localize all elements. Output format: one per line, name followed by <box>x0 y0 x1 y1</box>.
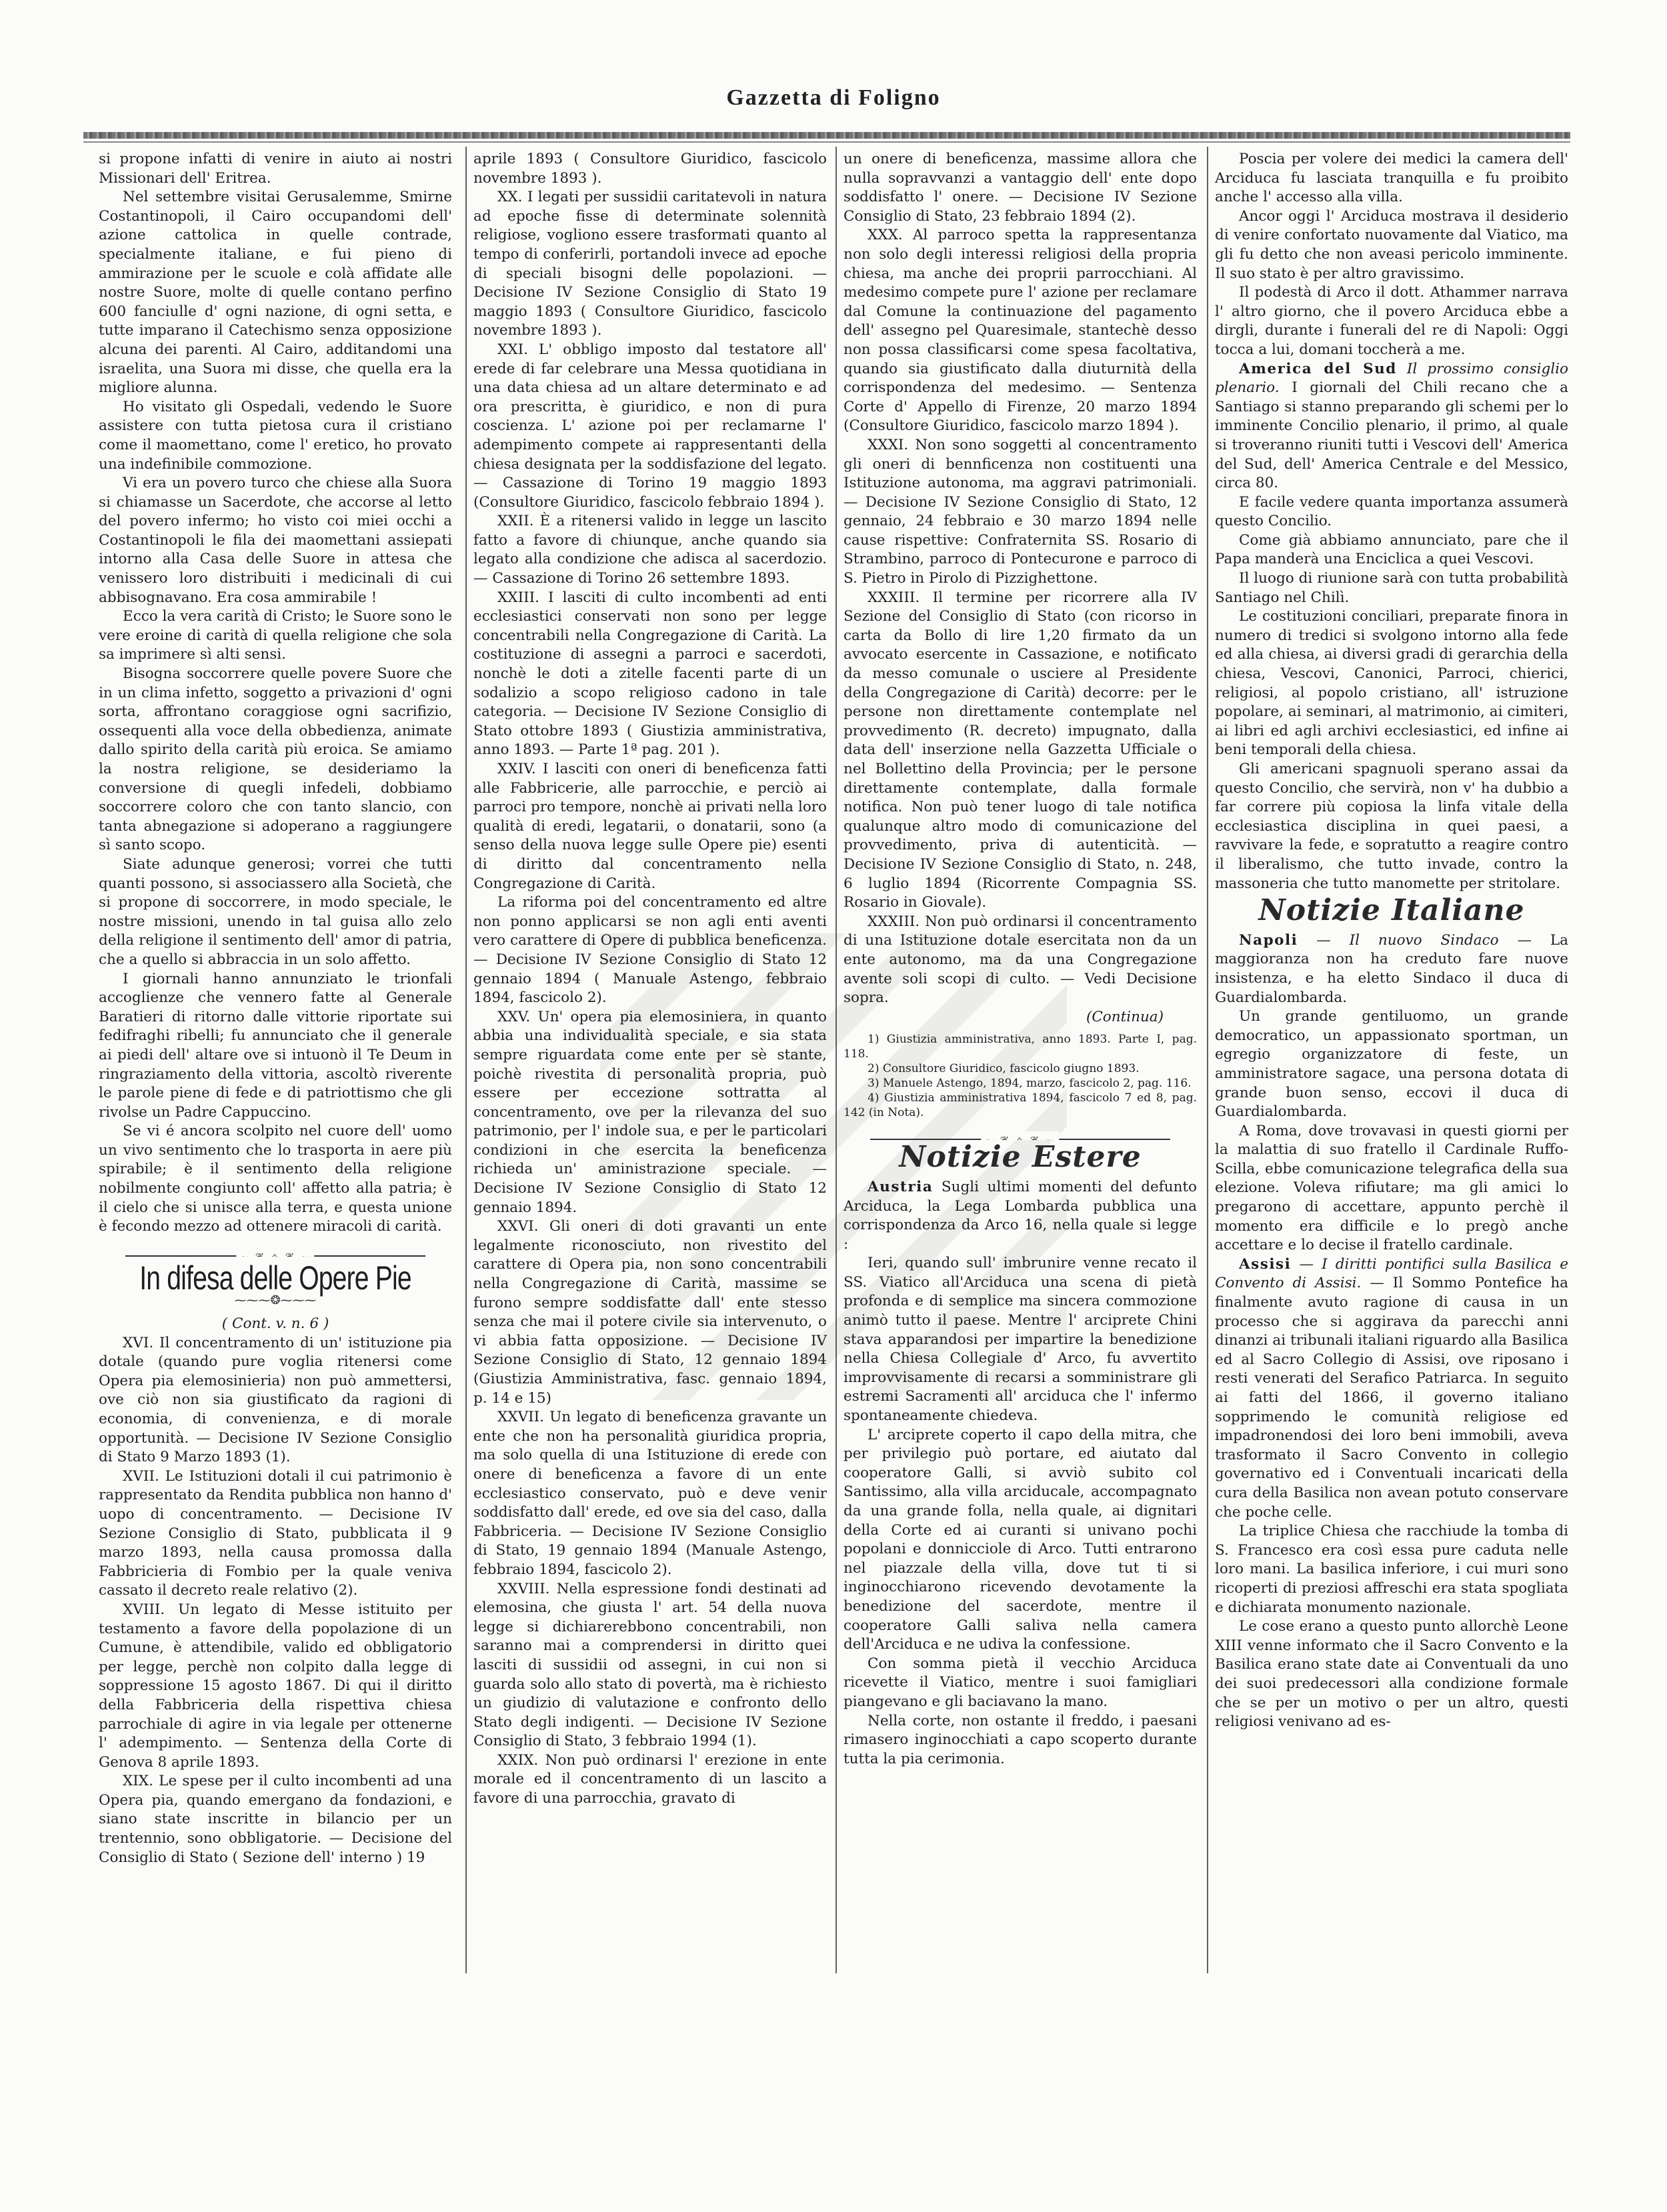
lead-assisi: Assisi <box>1239 1256 1291 1273</box>
paragraph: XVIII. Un legato di Messe istituito per … <box>99 1601 452 1772</box>
footnote: 1) Giustizia amministrativa, anno 1893. … <box>844 1032 1197 1061</box>
paragraph: La riforma poi del concentramento ed alt… <box>473 893 827 1008</box>
section-title-notizie-estere: Notizie Estere <box>844 1148 1197 1167</box>
paragraph: XXX. Al parroco spetta la rappresentanza… <box>844 226 1197 436</box>
paragraph: Come già abbiamo annunciato, pare che il… <box>1215 531 1568 569</box>
article-title: In difesa delle Opere Pie <box>137 1269 413 1288</box>
column-1: si propone infatti di venire in aiuto ai… <box>99 150 452 1867</box>
paragraph: La triplice Chiesa che racchiude la tomb… <box>1215 1522 1568 1617</box>
paragraph: XVII. Le Istituzioni dotali il cui patri… <box>99 1467 452 1601</box>
paragraph: Se vi é ancora scolpito nel cuore dell' … <box>99 1122 452 1237</box>
paragraph: E facile vedere quanta importanza assume… <box>1215 493 1568 531</box>
paragraph: XXXIII. Non può ordinarsi il concentrame… <box>844 913 1197 1008</box>
paragraph: Con somma pietà il vecchio Arciduca rice… <box>844 1655 1197 1712</box>
paragraph: XX. I legati per sussidii caritatevoli i… <box>473 188 827 341</box>
paragraph: XXVIII. Nella espressione fondi destinat… <box>473 1580 827 1751</box>
paragraph: XXII. È a ritenersi valido in legge un l… <box>473 512 827 588</box>
paragraph: XXIV. I lasciti con oneri di beneficenza… <box>473 760 827 893</box>
paragraph: Le cose erano a questo punto allorchè Le… <box>1215 1617 1568 1732</box>
paragraph: XVI. Il concentramento di un' istituzion… <box>99 1334 452 1467</box>
paragraph: A Roma, dove trovavasi in questi giorni … <box>1215 1122 1568 1255</box>
column-divider <box>1207 147 1208 1973</box>
paragraph: Il luogo di riunione sarà con tutta prob… <box>1215 569 1568 607</box>
paragraph: Assisi — I diritti pontifici sulla Basil… <box>1215 1255 1568 1522</box>
paragraph: XXVI. Gli oneri di doti gravanti un ente… <box>473 1217 827 1408</box>
paragraph: XXIX. Non può ordinarsi l' erezione in e… <box>473 1751 827 1809</box>
paragraph: XXXI. Non sono soggetti al concentrament… <box>844 436 1197 589</box>
column-3: un onere di beneficenza, massime allora … <box>844 150 1197 1769</box>
column-2: aprile 1893 ( Consultore Giuridico, fasc… <box>473 150 827 1809</box>
paragraph: L' arciprete coperto il capo della mitra… <box>844 1426 1197 1655</box>
column-divider <box>465 147 467 1973</box>
masthead-title: Gazzetta di Foligno <box>0 85 1667 111</box>
paragraph: XIX. Le spese per il culto incombenti ad… <box>99 1772 452 1867</box>
paragraph: Austria Sugli ultimi momenti del defunto… <box>844 1178 1197 1254</box>
paragraph: Il podestà di Arco il dott. Athammer nar… <box>1215 283 1568 359</box>
paragraph: Gli americani spagnuoli sperano assai da… <box>1215 760 1568 893</box>
paragraph: XXI. L' obbligo imposto dal testatore al… <box>473 341 827 512</box>
footnote: 3) Manuele Astengo, 1894, marzo, fascico… <box>844 1076 1197 1091</box>
masthead-rule <box>83 132 1570 139</box>
paragraph: Le costituzioni conciliari, preparate fi… <box>1215 607 1568 760</box>
paragraph: I giornali hanno annunziato le trionfali… <box>99 970 452 1123</box>
footnotes: 1) Giustizia amministrativa, anno 1893. … <box>844 1032 1197 1120</box>
paragraph: XXVII. Un legato di beneficenza gravante… <box>473 1408 827 1579</box>
paragraph: aprile 1893 ( Consultore Giuridico, fasc… <box>473 150 827 188</box>
paragraph: XXV. Un' opera pia elemosiniera, in quan… <box>473 1008 827 1218</box>
paragraph: Nel settembre visitai Gerusalemme, Smirn… <box>99 188 452 398</box>
paragraph: Ecco la vera carità di Cristo; le Suore … <box>99 607 452 665</box>
lead-napoli: Napoli <box>1239 932 1298 949</box>
paragraph: si propone infatti di venire in aiuto ai… <box>99 150 452 188</box>
paragraph: Nella corte, non ostante il freddo, i pa… <box>844 1712 1197 1769</box>
paragraph: Poscia per volere dei medici la camera d… <box>1215 150 1568 207</box>
paragraph: XXXIII. Il termine per ricorrere alla IV… <box>844 589 1197 913</box>
lead-austria: Austria <box>868 1179 933 1195</box>
paragraph: Bisogna soccorrere quelle povere Suore c… <box>99 665 452 855</box>
paragraph: Ancor oggi l' Arciduca mostrava il desid… <box>1215 207 1568 283</box>
footnote: 2) Consultore Giuridico, fascicolo giugn… <box>844 1061 1197 1076</box>
paragraph: Vi era un povero turco che chiese alla S… <box>99 474 452 607</box>
column-4: Poscia per volere dei medici la camera d… <box>1215 150 1568 1732</box>
continua-note: (Continua) <box>844 1008 1197 1027</box>
paragraph: un onere di beneficenza, massime allora … <box>844 150 1197 226</box>
paragraph: Napoli — Il nuovo Sindaco — La maggioran… <box>1215 931 1568 1007</box>
footnote: 4) Giustizia amministrativa 1894, fascic… <box>844 1091 1197 1120</box>
ornament-divider <box>844 1124 1197 1140</box>
section-title-notizie-italiane: Notizie Italiane <box>1215 901 1568 921</box>
paragraph: Siate adunque generosi; vorrei che tutti… <box>99 855 452 970</box>
paragraph: Un grande gentiluomo, un grande democrat… <box>1215 1007 1568 1122</box>
column-divider <box>836 147 837 1973</box>
ornament-divider <box>99 1241 452 1257</box>
paragraph: America del Sud Il prossimo consiglio pl… <box>1215 360 1568 493</box>
paragraph: XXIII. I lasciti di culto incombenti ad … <box>473 589 827 760</box>
paragraph: Ieri, quando sull' imbrunire venne recat… <box>844 1254 1197 1425</box>
paragraph: Ho visitato gli Ospedali, vedendo le Suo… <box>99 398 452 474</box>
lead-america-del-sud: America del Sud <box>1239 361 1397 377</box>
article-missions: si propone infatti di venire in aiuto ai… <box>99 150 452 1237</box>
masthead-rule-thin <box>83 141 1570 143</box>
continuation-note: ( Cont. v. n. 6 ) <box>99 1315 452 1334</box>
